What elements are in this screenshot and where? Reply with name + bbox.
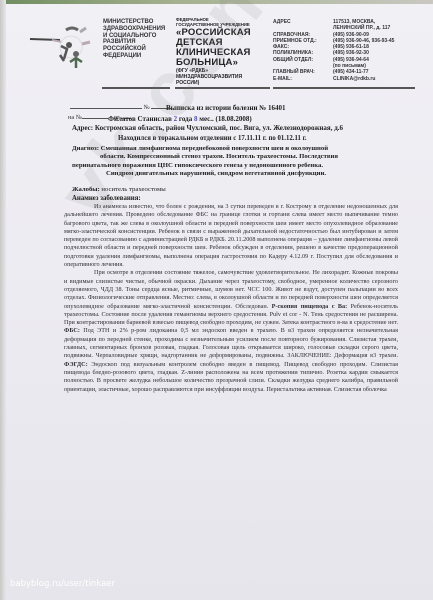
- footer-watermark: babyblog.ru/user/tinkaer: [10, 579, 115, 589]
- patient-name: Филатов Станислав: [108, 115, 172, 123]
- patient-age-months: 8: [194, 115, 198, 123]
- letterhead: МИНИСТЕРСТВО ЗДРАВООХРАНЕНИЯ И СОЦИАЛЬНО…: [0, 0, 433, 90]
- hospital-logo-icon: [28, 22, 94, 72]
- patient-birth-date: (18.08.2008): [216, 115, 252, 123]
- blank-line: [82, 118, 108, 119]
- ministry-line: РОССИЙСКОЙ: [103, 46, 165, 53]
- letterhead-divider: [102, 87, 170, 89]
- contact-value: CLINIKA@rdkb.ru: [333, 76, 375, 82]
- anamnesis-paragraph: Из анамнеза известно, что болен с рожден…: [64, 203, 398, 269]
- fbs-text: Под ЭТН и 2% р-ром лидокаина 0,5 мл эндо…: [64, 327, 398, 359]
- ministry-line: ФЕДЕРАЦИИ: [103, 53, 165, 60]
- patient-line: Филатов Станислав 2 года 8 мес.. (18.08.…: [108, 115, 252, 123]
- patient-age-years: 2: [174, 115, 178, 123]
- diagnosis-line: области. Компрессионный стеноз трахеи. Н…: [72, 153, 397, 161]
- examination-text: При осмотре в отделении состояние тяжело…: [64, 269, 398, 309]
- hospital-contacts: АДРЕС117513, МОСКВА, ЛЕНИНСКИЙ ПР., д. 1…: [273, 19, 394, 82]
- letterhead-divider: [175, 87, 270, 89]
- ministry-line: ЗДРАВООХРАНЕНИЯ: [103, 26, 165, 33]
- reference-number-label: на №: [68, 114, 82, 121]
- hospital-sub-line: РОССИИ): [176, 80, 251, 86]
- contact-label: E-MAIL:: [273, 76, 333, 82]
- fbs-label: ФБС:: [64, 327, 80, 334]
- ministry-line: МИНИСТЕРСТВО: [103, 19, 165, 26]
- complaints-line: Жалобы: носитель трахеостомы: [72, 186, 166, 193]
- examination-paragraph: При осмотре в отделении состояние тяжело…: [64, 269, 398, 393]
- hospital-stay-period: Находился в торакальном отделении с 17.1…: [118, 135, 307, 142]
- outgoing-number-field: №: [70, 104, 171, 111]
- complaints-label: Жалобы:: [72, 186, 100, 193]
- diagnosis-line: Синдром двигательных нарушений, синдром …: [72, 170, 397, 178]
- letterhead-divider: [273, 87, 415, 89]
- document-title: Выписка из истории болезни № 16401: [166, 104, 286, 112]
- document-body: Из анамнеза известно, что болен с рожден…: [64, 203, 398, 394]
- blank-line: [70, 108, 142, 109]
- ministry-name: МИНИСТЕРСТВО ЗДРАВООХРАНЕНИЯ И СОЦИАЛЬНО…: [103, 19, 165, 60]
- number-label: №: [144, 104, 150, 111]
- scan-left-edge: [0, 0, 6, 600]
- fegds-text: Эндоскоп под визуальным контролем свобод…: [64, 361, 398, 393]
- diagnosis-line: перинатального поражения ЦНС гипоксическ…: [72, 162, 397, 170]
- hospital-name: ФЕДЕРАЛЬНОЕ ГОСУДАРСТВЕННОЕ УЧРЕЖДЕНИЕ «…: [176, 18, 251, 86]
- diagnosis-line: Диагноз: Смешанная лимфангиома переднебо…: [72, 145, 397, 153]
- xray-label: Р-скопия пищевода с Ва:: [272, 303, 348, 310]
- anamnesis-heading: Анамнез заболевания:: [72, 195, 141, 202]
- diagnosis-block: Диагноз: Смешанная лимфангиома переднебо…: [72, 145, 397, 179]
- hospital-sub-line: МИНЗДРАВСОЦРАЗВИТИЯ: [176, 74, 251, 80]
- age-years-label: года: [179, 115, 192, 123]
- contact-row: E-MAIL:CLINIKA@rdkb.ru: [273, 76, 394, 82]
- age-months-label: мес..: [199, 115, 214, 123]
- scanned-document-page: МИНИСТЕРСТВО ЗДРАВООХРАНЕНИЯ И СОЦИАЛЬНО…: [0, 0, 433, 600]
- hospital-name-line: БОЛЬНИЦА»: [176, 58, 251, 68]
- fegds-label: ФЭГДС:: [64, 361, 88, 368]
- complaints-text: носитель трахеостомы: [101, 186, 165, 193]
- patient-address: Адрес: Костромская область, район Чухлом…: [72, 124, 343, 132]
- ministry-line: И СОЦИАЛЬНОГО: [103, 33, 165, 40]
